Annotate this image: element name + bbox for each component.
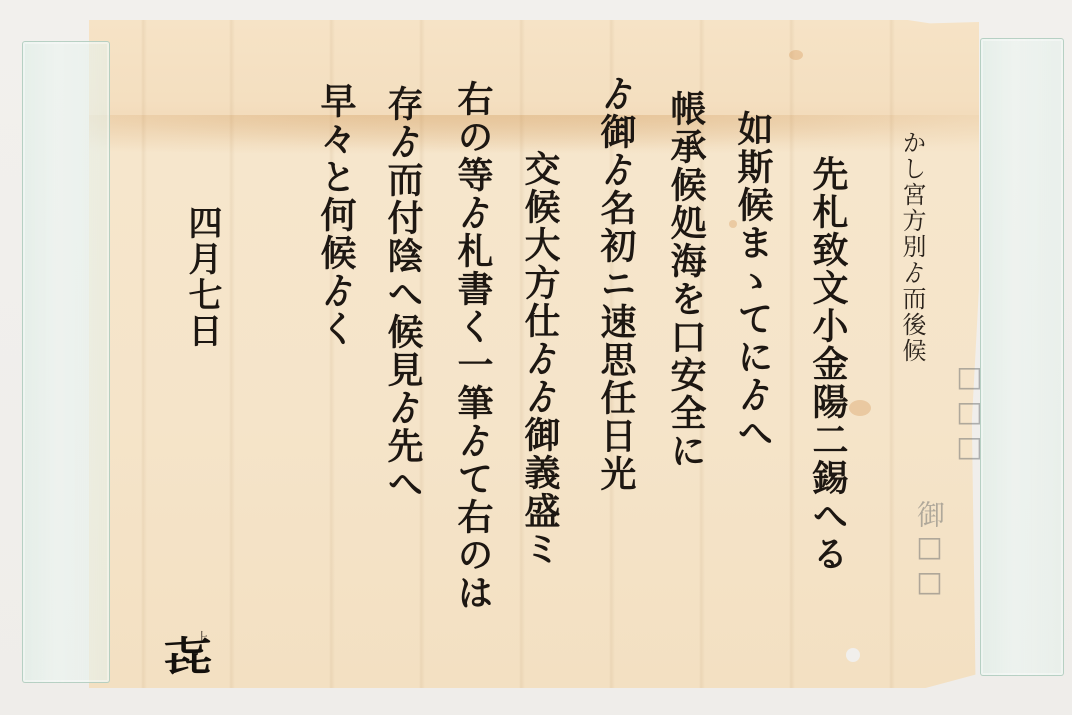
water-stain (89, 115, 979, 155)
column-6: 交候大方仕ゟゟ御義盛ミ (522, 150, 558, 568)
glass-strip-right (980, 38, 1064, 676)
column-7: 右の等ゟ札書く一筆ゟて右のは (455, 80, 491, 612)
column-9: 早々と何候ゟく (318, 82, 354, 348)
glass-strip-left (22, 41, 110, 683)
faint-offset-text-1: 御□□ (915, 500, 943, 600)
date: 四月七日 (185, 205, 219, 349)
foxing-spot (789, 50, 803, 60)
signature-mark-kao: 㐂 (164, 625, 212, 682)
foxing-spot (849, 400, 871, 416)
column-2: 先札致文小金陽二錫へる (810, 155, 846, 573)
paper-hole (846, 648, 860, 662)
column-4: 帳承候処海を口安全に (668, 90, 704, 470)
column-3: 如斯候まゝてにゟへ (735, 110, 771, 452)
column-8: 存ゟ而付陰へ候見ゟ先へ (385, 85, 421, 503)
faint-offset-text-2: □□□ (955, 360, 983, 465)
document-photo: かし宮方別ゟ而後候 先札致文小金陽二錫へる 如斯候まゝてにゟへ 帳承候処海を口安… (0, 0, 1072, 715)
column-annotation: かし宮方別ゟ而後候 (900, 130, 924, 364)
column-5: ゟ御ゟ名初ニ速思任日光 (598, 75, 634, 493)
